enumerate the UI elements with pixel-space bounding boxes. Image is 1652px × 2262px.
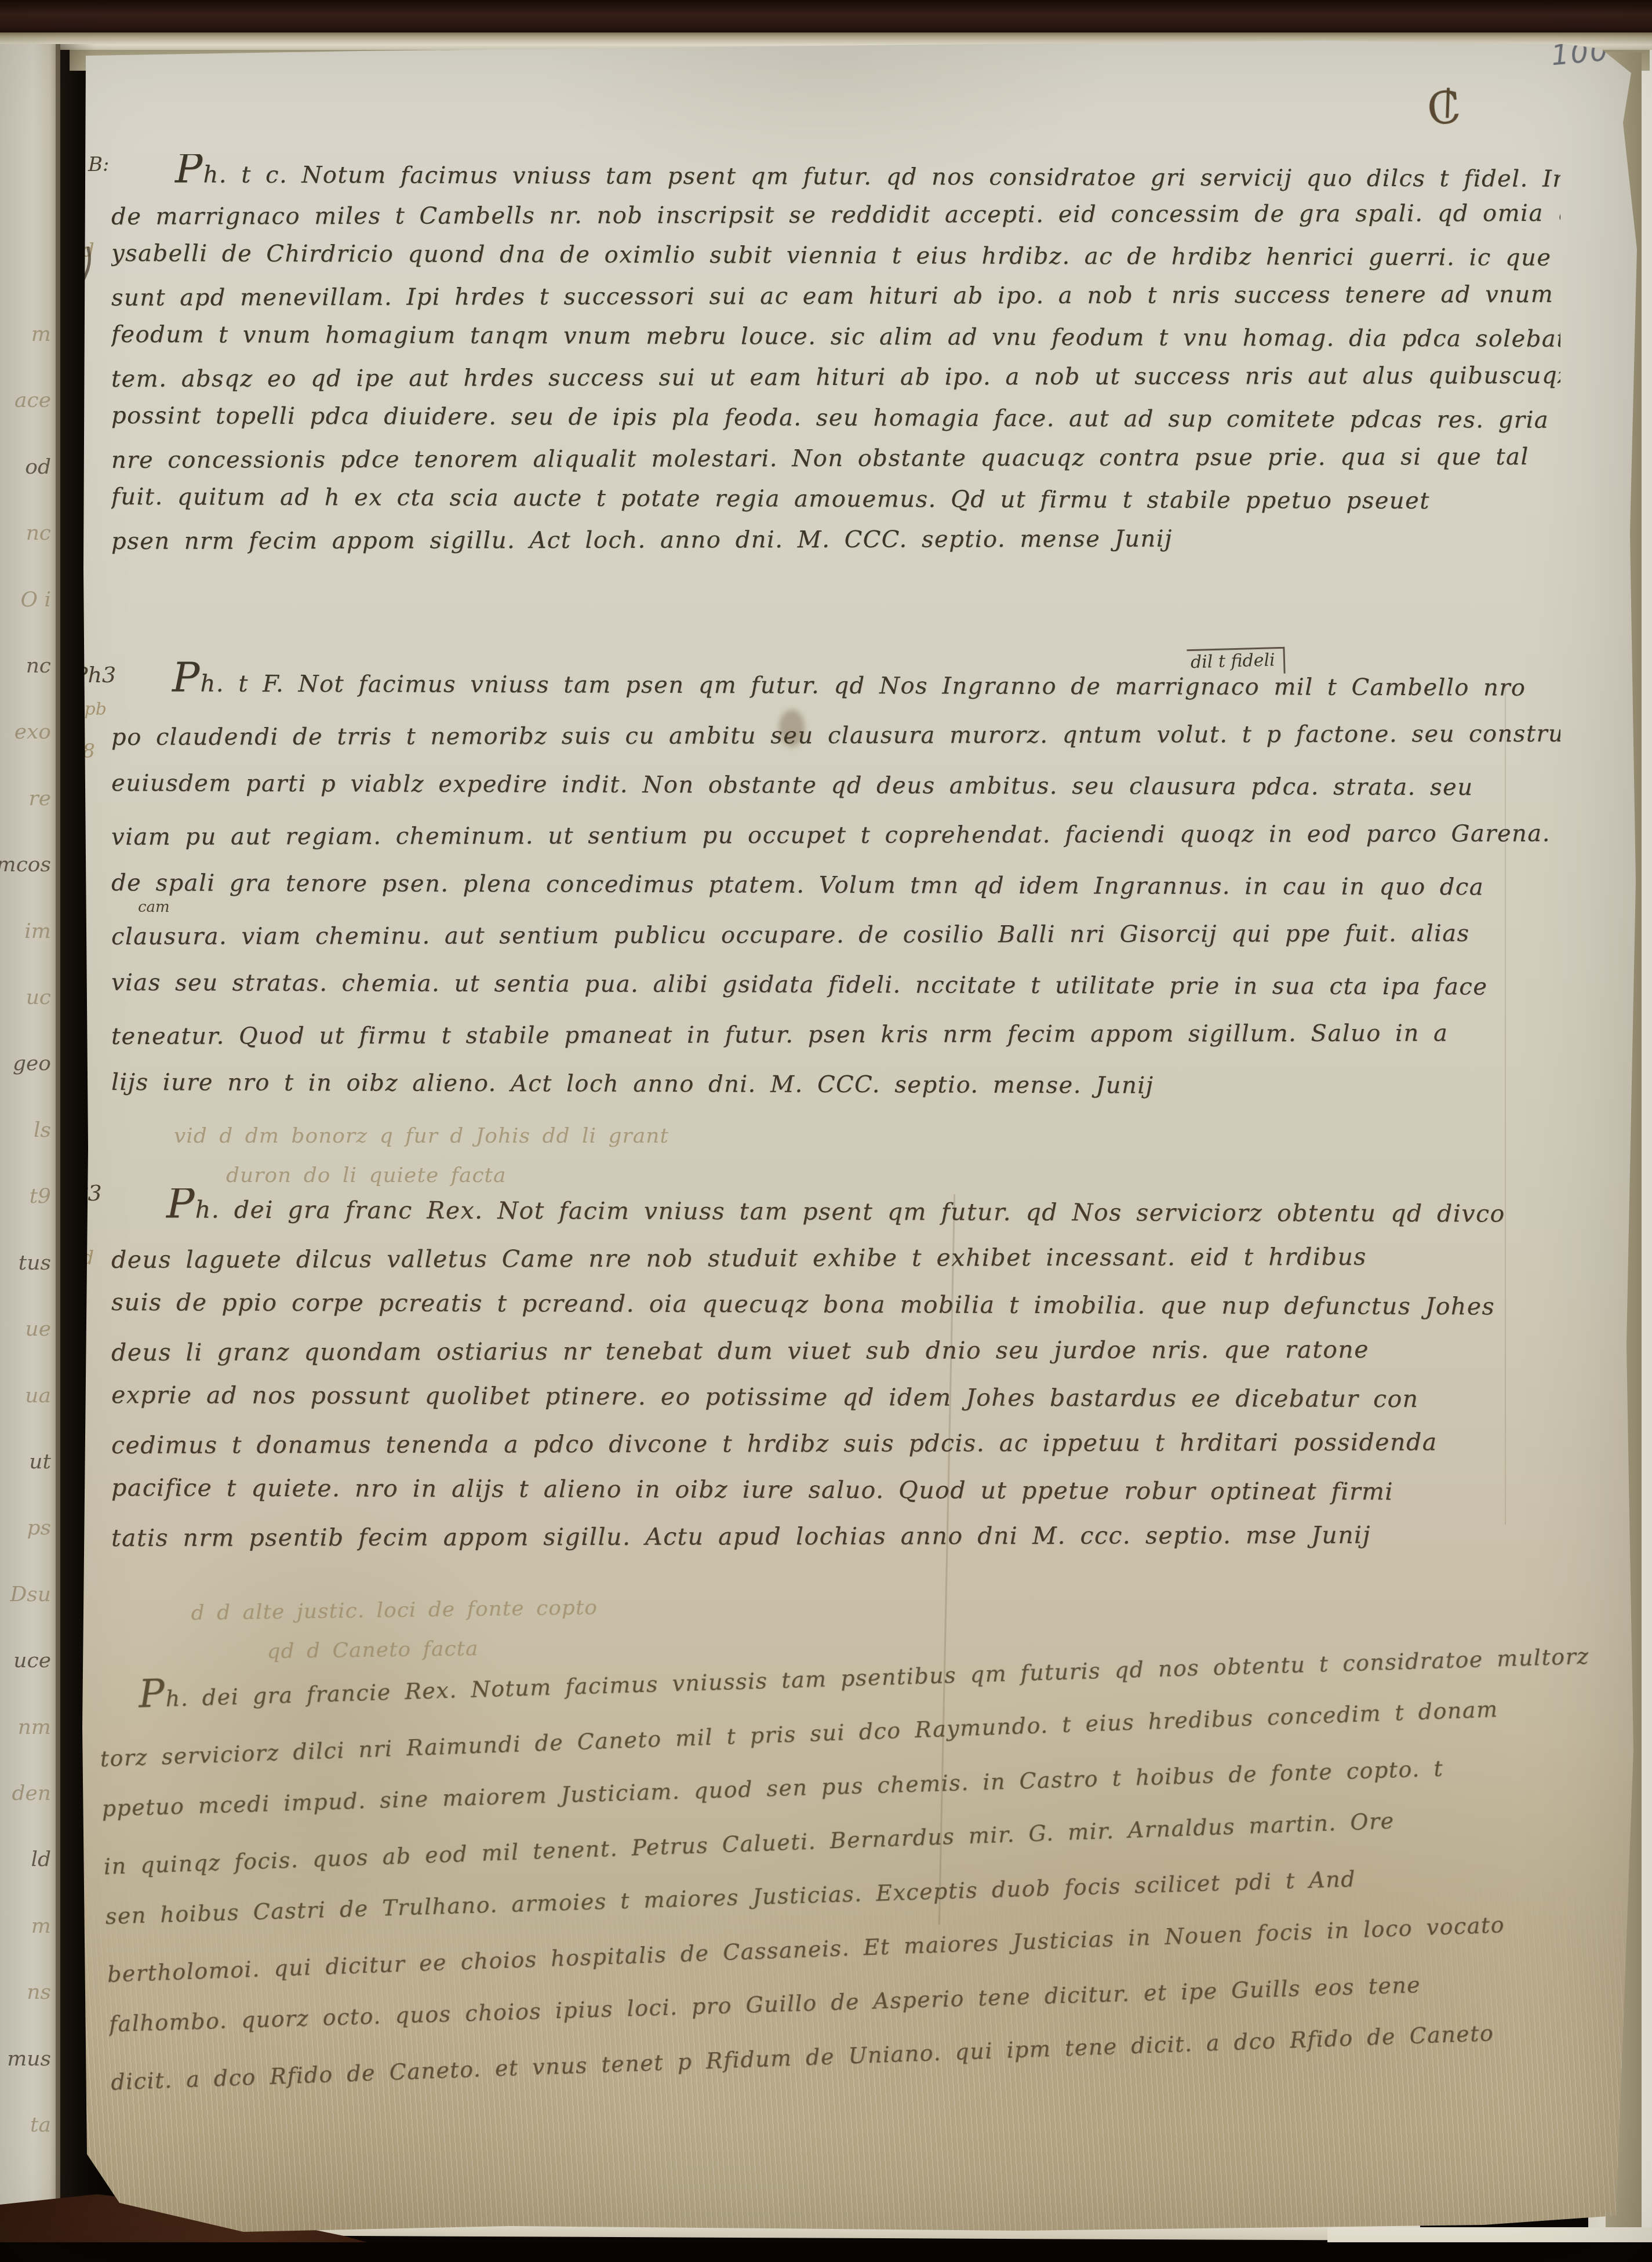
facing-text-fragment: uc [26, 985, 51, 1009]
manuscript-line: de marrignaco miles t Cambells nr. nob i… [111, 193, 1560, 237]
manuscript-line: deus li granz quondam ostiarius nr teneb… [111, 1326, 1560, 1376]
manuscript-line: deus laguete dilcus valletus Came nre no… [111, 1233, 1560, 1283]
facing-text-fragment: uce [13, 1649, 51, 1672]
facing-text-fragment: nm [18, 1715, 51, 1739]
manuscript-line: euiusdem parti p viablz expedire indit. … [111, 758, 1560, 813]
quire-mark-letter: C [1425, 81, 1463, 136]
manuscript-line: pacifice t quiete. nro in alijs t alieno… [111, 1464, 1560, 1515]
manuscript-line: tem. absqz eo qd ipe aut hrdes success s… [111, 355, 1560, 399]
facing-text-fragment: ta [30, 2113, 51, 2137]
quire-mark: C [1425, 81, 1463, 136]
manuscript-line: sunt apd menevillam. Ipi hrdes t success… [111, 274, 1560, 318]
manuscript-line: suis de ppio corpe pcreatis t pcreand. o… [111, 1279, 1560, 1330]
manuscript-line: Ph. dei gra franc Rex. Not facim vniuss … [111, 1188, 1560, 1237]
manuscript-line: psen nrm fecim appom sigillu. Act loch. … [111, 518, 1560, 560]
manuscript-line: cedimus t donamus tenenda a pdco divcone… [111, 1419, 1560, 1468]
manuscript-line: Ph. t F. Not facimus vniuss tam psen qm … [111, 661, 1560, 713]
facing-text-fragment: ns [27, 1980, 51, 2004]
facing-text-fragment: od [25, 455, 51, 479]
manuscript-line: nre concessionis pdce tenorem aliqualit … [111, 437, 1560, 481]
shadow-bottom [0, 2242, 1652, 2262]
facing-text-fragment: ace [14, 388, 51, 412]
facing-page-text-column: maceodncO incexorepmcosimucgeolst9tusueu… [0, 322, 54, 2137]
faded-registry-note-1: vid d dm bonorz q fur d Johis dd li gran… [174, 1117, 1101, 1195]
manuscript-line: teneatur. Quod ut firmu t stabile pmanea… [111, 1008, 1560, 1061]
interlinear-superscript: cam [138, 899, 170, 916]
manuscript-line: Ph. t c. Notum facimus vniuss tam psent … [111, 154, 1560, 197]
charter-paragraph-4: Ph. dei gra francie Rex. Notum facimus v… [97, 1627, 1606, 2107]
facing-text-fragment: Dsu [10, 1583, 51, 1606]
facing-text-fragment: re [28, 787, 51, 810]
facing-text-fragment: nc [26, 521, 51, 545]
manuscript-line: de spali gra tenore psen. plena concedim… [111, 858, 1560, 912]
facing-text-fragment: m [31, 322, 51, 346]
manuscript-line: exprie ad nos possunt quolibet ptinere. … [111, 1372, 1560, 1423]
manuscript-line: possint topelli pdca diuidere. seu de ip… [111, 395, 1560, 441]
charter-paragraph-1: Ph. t c. Notum facimus vniuss tam psent … [111, 154, 1560, 560]
facing-text-fragment: mus [7, 2047, 51, 2071]
manuscript-line: tatis nrm psentib fecim appom sigillu. A… [111, 1511, 1560, 1559]
faded-note-line: vid d dm bonorz q fur d Johis dd li gran… [174, 1117, 1101, 1156]
charter-paragraph-2: Ph. t F. Not facimus vniuss tam psen qm … [111, 661, 1560, 1110]
facing-text-fragment: m [31, 1914, 51, 1938]
manuscript-line: clausura. viam cheminu. aut sentium publ… [111, 908, 1560, 962]
facing-text-fragment: tus [19, 1251, 51, 1275]
margin-mark: B: [88, 153, 109, 176]
facing-text-fragment: ut [29, 1450, 51, 1474]
charter-paragraph-3: Ph. dei gra franc Rex. Not facim vniuss … [111, 1188, 1560, 1559]
facing-text-fragment: nc [26, 654, 51, 678]
manuscript-line: feodum t vnum homagium tanqm vnum mebru … [111, 314, 1560, 359]
facing-text-fragment: O i [21, 588, 51, 612]
manuscript-line: fuit. quitum ad h ex cta scia aucte t po… [111, 477, 1560, 522]
manuscript-line: ysabelli de Chirdricio quond dna de oxim… [111, 233, 1560, 278]
manuscript-line: vias seu stratas. chemia. ut sentia pua.… [111, 958, 1560, 1012]
parchment-page: C 100 B: es p od Ph3 a pb po8 P3 pod con… [0, 0, 1652, 2262]
facing-text-fragment: ls [34, 1118, 51, 1142]
facing-text-fragment: ua [25, 1384, 51, 1408]
facing-text-fragment: im [24, 919, 51, 943]
facing-text-fragment: ld [31, 1848, 51, 1871]
leather-binding-top [0, 0, 1652, 32]
facing-text-fragment: ps [27, 1516, 51, 1540]
facing-text-fragment: geo [13, 1052, 51, 1075]
manuscript-photo: maceodncO incexorepmcosimucgeolst9tusueu… [0, 0, 1652, 2262]
manuscript-line: lijs iure nro t in oibz alieno. Act loch… [111, 1057, 1560, 1110]
manuscript-line: viam pu aut regiam. cheminum. ut sentium… [111, 809, 1560, 862]
facing-text-fragment: t9 [30, 1184, 51, 1208]
facing-text-fragment: exo [14, 720, 51, 744]
facing-text-fragment: pmcos [0, 853, 51, 877]
interlinear-insertion: dil t fideli [1187, 647, 1285, 677]
manuscript-line: po claudendi de trris t nemoribz suis cu… [111, 709, 1560, 762]
facing-text-fragment: ue [26, 1317, 52, 1341]
facing-text-fragment: den [12, 1781, 51, 1805]
